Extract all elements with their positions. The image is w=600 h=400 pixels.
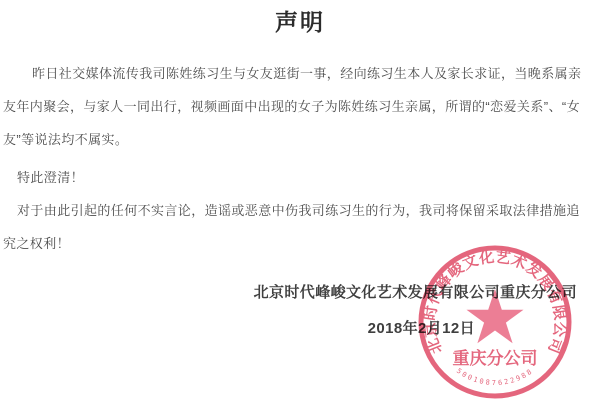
statement-paragraph: 对于由此引起的任何不实言论，造谣或恶意中伤我司练习生的行为，我司将保留采取法律措…	[3, 194, 592, 260]
statement-document: 声明 昨日社交媒体流传我司陈姓练习生与女友逛街一事，经向练习生本人及家长求证，当…	[0, 0, 600, 400]
statement-paragraph: 昨日社交媒体流传我司陈姓练习生与女友逛街一事，经向练习生本人及家长求证，当晚系属…	[3, 57, 592, 156]
date-line: 2018年2月12日	[3, 320, 592, 338]
statement-body: 昨日社交媒体流传我司陈姓练习生与女友逛街一事，经向练习生本人及家长求证，当晚系属…	[0, 57, 600, 338]
signature-company-line: 北京时代峰峻文化艺术发展有限公司重庆分公司	[3, 283, 592, 303]
seal-branch-text: 重庆分公司	[453, 348, 538, 368]
seal-registration-code: 5001087622988	[455, 367, 535, 387]
statement-paragraph: 特此澄清！	[3, 161, 592, 194]
page-title: 声明	[0, 0, 600, 37]
